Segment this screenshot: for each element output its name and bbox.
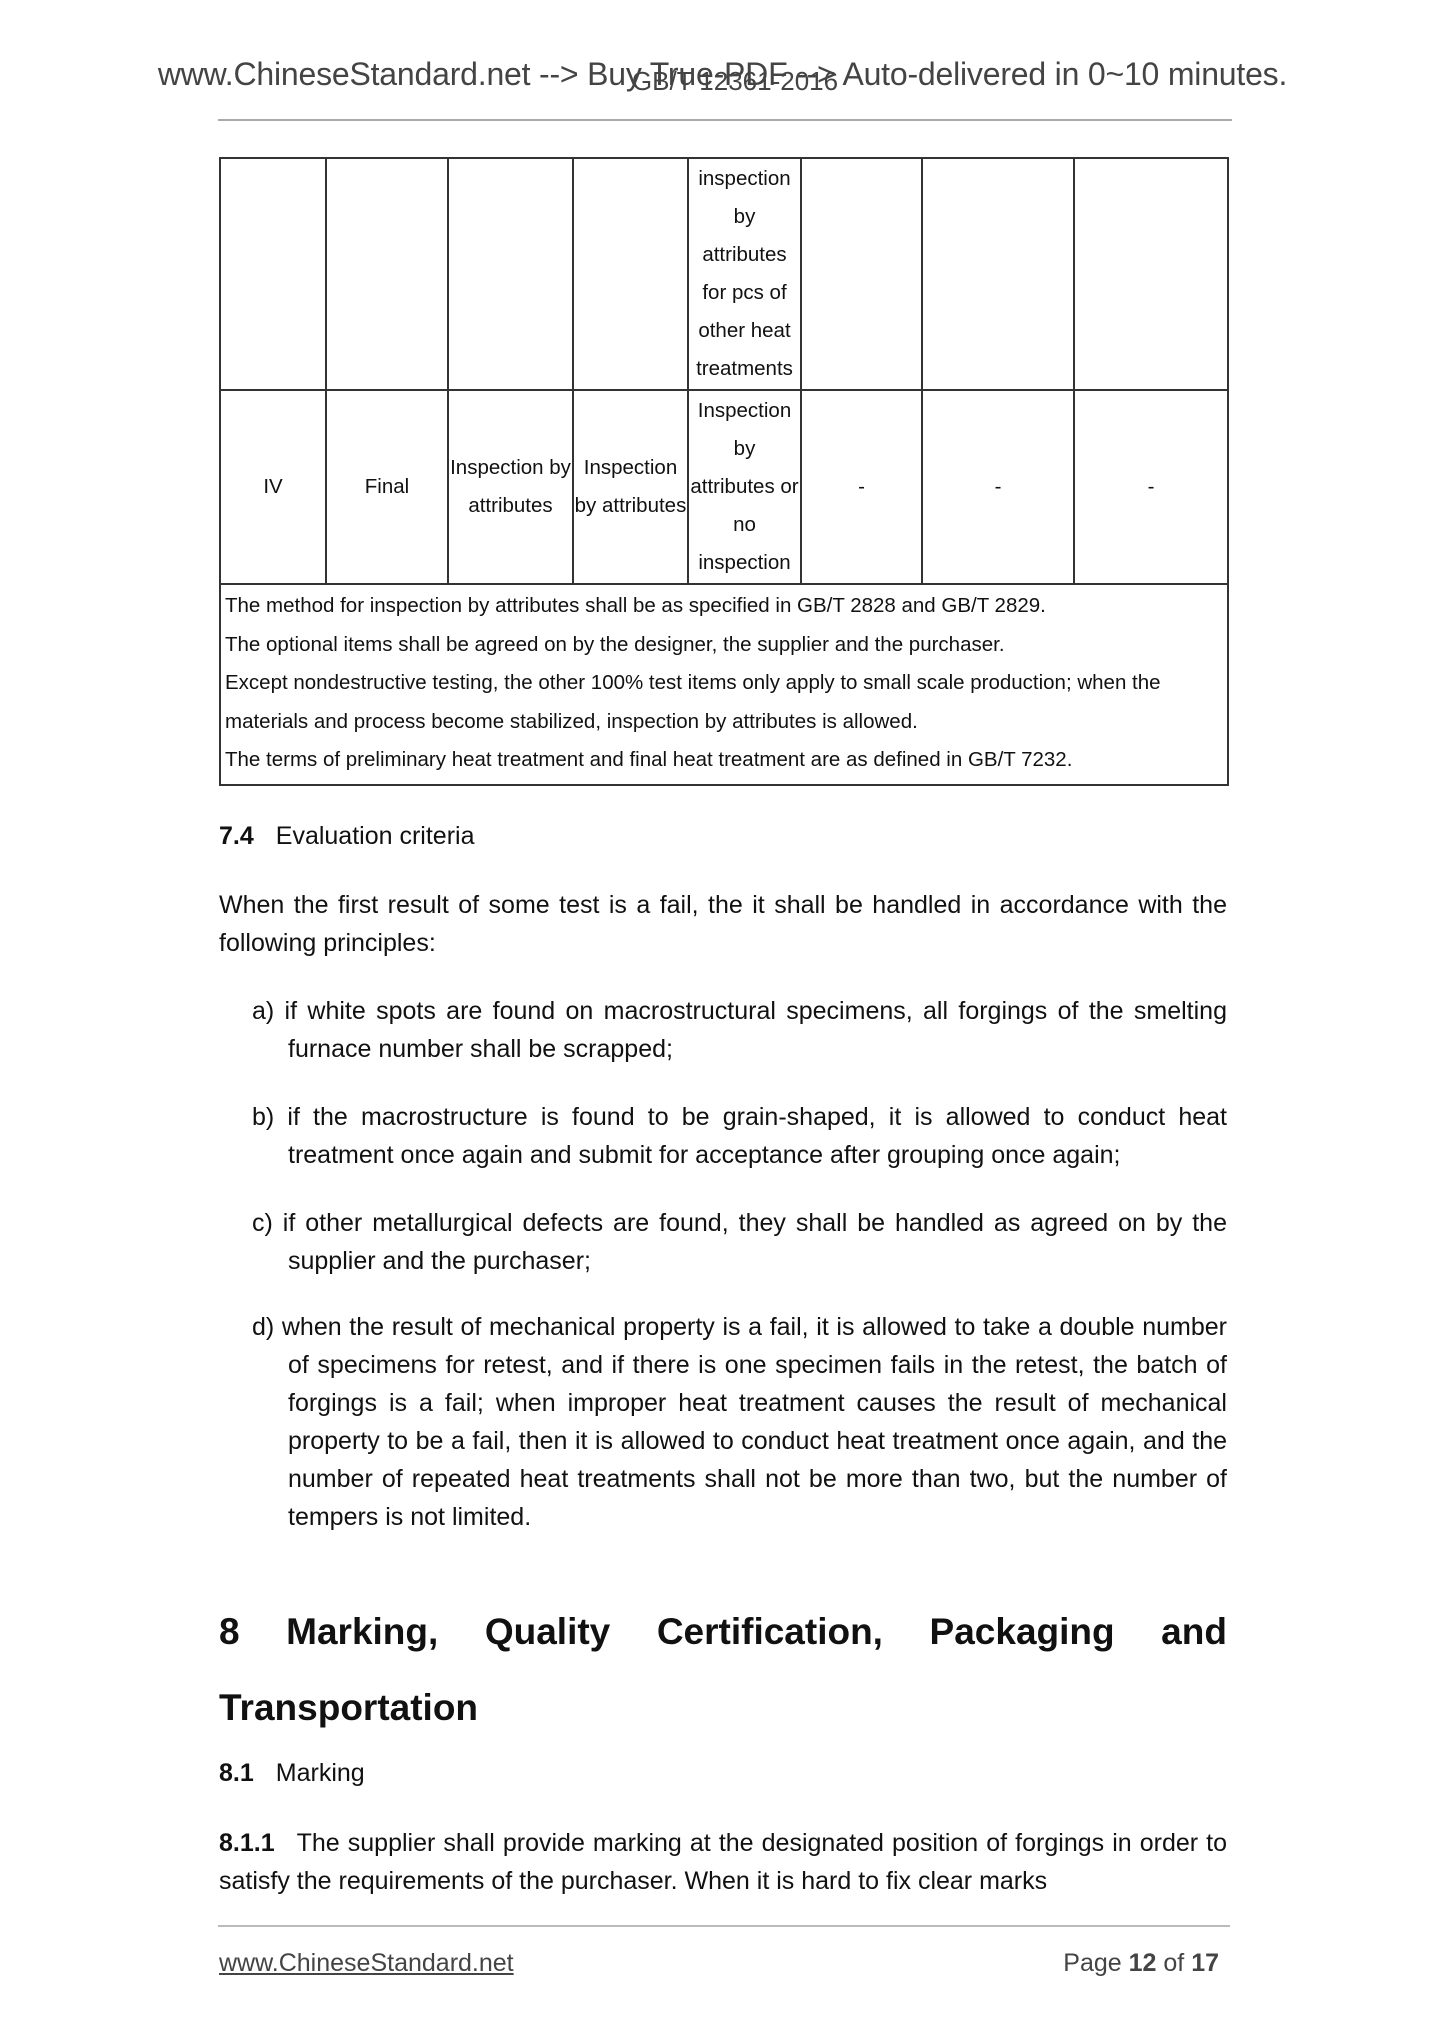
section-7-4-heading: 7.4Evaluation criteria: [219, 822, 474, 851]
current-page: 12: [1129, 1949, 1157, 1977]
heading-word: Certification,: [657, 1594, 883, 1670]
section-number: 8: [219, 1594, 240, 1670]
table-note: The optional items shall be agreed on by…: [225, 626, 1225, 665]
page-of-label: of: [1163, 1949, 1184, 1977]
list-item: b) if the macrostructure is found to be …: [252, 1098, 1227, 1174]
section-8-1-heading: 8.1Marking: [219, 1759, 365, 1788]
table-cell: [220, 158, 326, 390]
table-notes: The method for inspection by attributes …: [220, 584, 1228, 785]
table-cell: -: [1074, 390, 1228, 584]
inspection-table: inspection by attributes for pcs of othe…: [219, 157, 1229, 786]
section-title: Evaluation criteria: [276, 822, 475, 850]
table-cell: Inspection by attributes or no inspectio…: [688, 390, 801, 584]
stage-cell: Final: [326, 390, 448, 584]
table-cell: [922, 158, 1074, 390]
page-number: Page 12 of 17: [1063, 1949, 1219, 1978]
table-note: The method for inspection by attributes …: [225, 587, 1225, 626]
table-cell: Inspection by attributes: [573, 390, 688, 584]
heading-word: Quality: [485, 1594, 610, 1670]
table-cell: Inspection by attributes: [448, 390, 573, 584]
table-cell: [326, 158, 448, 390]
standard-code-header: GB/T 12361-2016: [620, 66, 850, 97]
section-7-4-intro: When the first result of some test is a …: [219, 886, 1227, 962]
section-number: 7.4: [219, 822, 254, 850]
list-item: c) if other metallurgical defects are fo…: [252, 1204, 1227, 1280]
table-cell: [573, 158, 688, 390]
table-note: Except nondestructive testing, the other…: [225, 664, 1225, 741]
heading-word: Packaging: [930, 1594, 1115, 1670]
table-row: IV Final Inspection by attributes Inspec…: [220, 390, 1228, 584]
table-cell: -: [922, 390, 1074, 584]
section-8-1-1-paragraph: 8.1.1The supplier shall provide marking …: [219, 1824, 1227, 1900]
heading-word: Marking,: [286, 1594, 438, 1670]
list-item: a) if white spots are found on macrostru…: [252, 992, 1227, 1068]
table-cell: [448, 158, 573, 390]
clause-text: The supplier shall provide marking at th…: [219, 1829, 1227, 1895]
list-item: d) when the result of mechanical propert…: [252, 1308, 1227, 1536]
table-cell: [801, 158, 922, 390]
table-note: The terms of preliminary heat treatment …: [225, 741, 1225, 780]
footer-website-link[interactable]: www.ChineseStandard.net: [219, 1949, 514, 1978]
table-cell: -: [801, 390, 922, 584]
heading-word: and: [1161, 1594, 1227, 1670]
section-number: 8.1: [219, 1759, 254, 1787]
section-8-heading: 8 Marking, Quality Certification, Packag…: [219, 1594, 1227, 1746]
table-notes-row: The method for inspection by attributes …: [220, 584, 1228, 785]
total-pages: 17: [1191, 1949, 1219, 1977]
page-label: Page: [1063, 1949, 1121, 1977]
header-rule: [218, 119, 1232, 121]
section-title: Marking: [276, 1759, 365, 1787]
table-cell: inspection by attributes for pcs of othe…: [688, 158, 801, 390]
heading-line-2: Transportation: [219, 1670, 1227, 1746]
table-cell: [1074, 158, 1228, 390]
clause-number: 8.1.1: [219, 1829, 275, 1857]
footer-rule: [218, 1925, 1230, 1927]
class-cell: IV: [220, 390, 326, 584]
table-row: inspection by attributes for pcs of othe…: [220, 158, 1228, 390]
